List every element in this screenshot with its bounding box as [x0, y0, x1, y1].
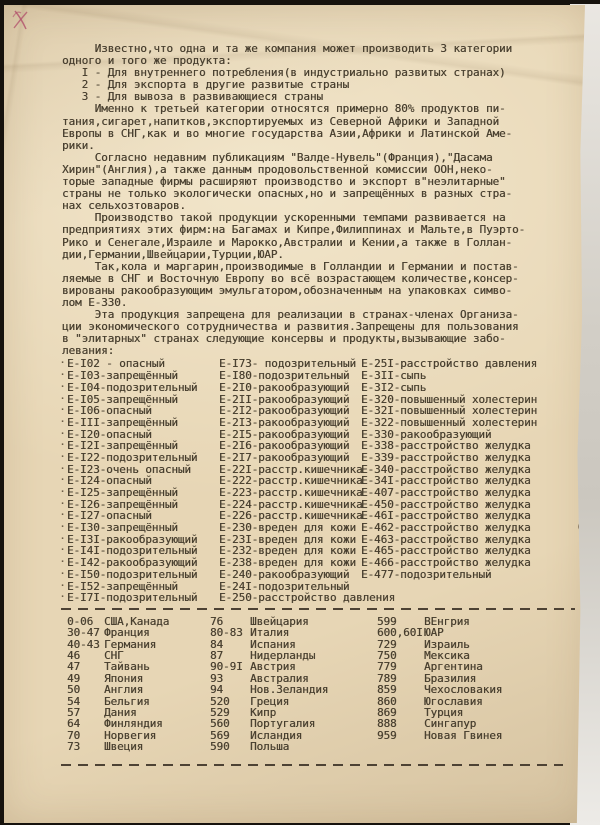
additive-entry: Е-2I3-ракообразующий	[219, 417, 361, 429]
country-name: Чехословакия	[424, 684, 577, 695]
additive-entry: Е-I22-подозрительный	[67, 452, 219, 464]
additive-entry: Е-240-ракообразующий	[219, 569, 361, 581]
additive-entry: Е-2I0-ракообразующий	[219, 382, 361, 394]
export-share-paragraph: Именно к третьей категории относятся при…	[62, 103, 577, 151]
document-page: Известно,что одна и та же компания может…	[4, 5, 585, 823]
scanned-document: Известно,что одна и та же компания может…	[0, 0, 600, 825]
handwritten-mark-icon	[11, 8, 33, 32]
separator-line-bottom	[61, 764, 563, 766]
country-code: 859	[377, 684, 424, 695]
country-name	[424, 741, 577, 752]
additive-entry: Е-I50-подозрительный	[67, 569, 219, 581]
additive-entry: Е-322-повышенный холестерин	[361, 417, 577, 429]
country-name: Новая Гвинея	[424, 730, 577, 741]
separator-line-top	[61, 608, 575, 610]
cola-margarine-paragraph: Так,кола и маргарин,производимые в Голла…	[62, 261, 577, 309]
country-name: ЮАР	[424, 627, 577, 638]
additive-entry: Е-462-расстройство желудка	[361, 522, 577, 534]
additive-entry: Е-223-расстр.кишечника	[219, 487, 361, 499]
additive-entry: Е-I04-подозрительный	[67, 382, 219, 394]
banned-products-paragraph: Эта продукция запрещена для реализации в…	[62, 309, 577, 357]
country-name: Франция	[104, 627, 210, 638]
country-code: 80-83	[210, 627, 250, 638]
un-commission-paragraph: Согласно недавним публикациям "Валде-Нув…	[62, 152, 577, 212]
country-name: Италия	[250, 627, 377, 638]
country-name: ВЕнгрия	[424, 616, 577, 627]
additive-entry: Е-I25-запрещённый	[67, 487, 219, 499]
additive-entry: Е-477-подозрительный	[361, 569, 577, 581]
country-code: 600,60I	[377, 627, 424, 638]
additive-entry: Е-III-запрещённый	[67, 417, 219, 429]
country-name: Англия	[104, 684, 210, 695]
country-code: 959	[377, 730, 424, 741]
additive-entry: Е-2I7-ракообразующий	[219, 452, 361, 464]
additive-entry: Е-407-расстройство желудка	[361, 487, 577, 499]
country-code: 50	[67, 684, 104, 695]
additive-entry: Е-339-расстройство желудка	[361, 452, 577, 464]
country-name: Швеция	[104, 741, 210, 752]
additive-entry: Е-3I2-сыпь	[361, 382, 577, 394]
country-code: 94	[210, 684, 250, 695]
additive-entry: Е-230-вреден для кожи	[219, 522, 361, 534]
country-code	[377, 741, 424, 752]
intro-categories-paragraph: Известно,что одна и та же компания может…	[62, 43, 577, 103]
country-code: 73	[67, 741, 104, 752]
additive-entry: Е-250-расстройство давления	[219, 592, 361, 604]
country-name: Нов.Зеландия	[250, 684, 377, 695]
typewritten-text: Известно,что одна и та же компания может…	[62, 43, 577, 766]
additive-entry: Е-I7I-подозрительный	[67, 592, 219, 604]
production-sites-paragraph: Производство такой продукции ускоренными…	[62, 212, 577, 260]
country-code: 30-47	[67, 627, 104, 638]
additive-entry: Е-I30-запрещённый	[67, 522, 219, 534]
country-name: Польша	[250, 741, 377, 752]
country-code: 590	[210, 741, 250, 752]
country-codes-table: 0-06США,Канада76Швейцария599ВЕнгрия30-47…	[67, 616, 577, 753]
additive-entry	[361, 592, 577, 604]
e-additives-table: Е-I02 - опасныйЕ-I73- подозрительныйЕ-25…	[67, 358, 577, 603]
